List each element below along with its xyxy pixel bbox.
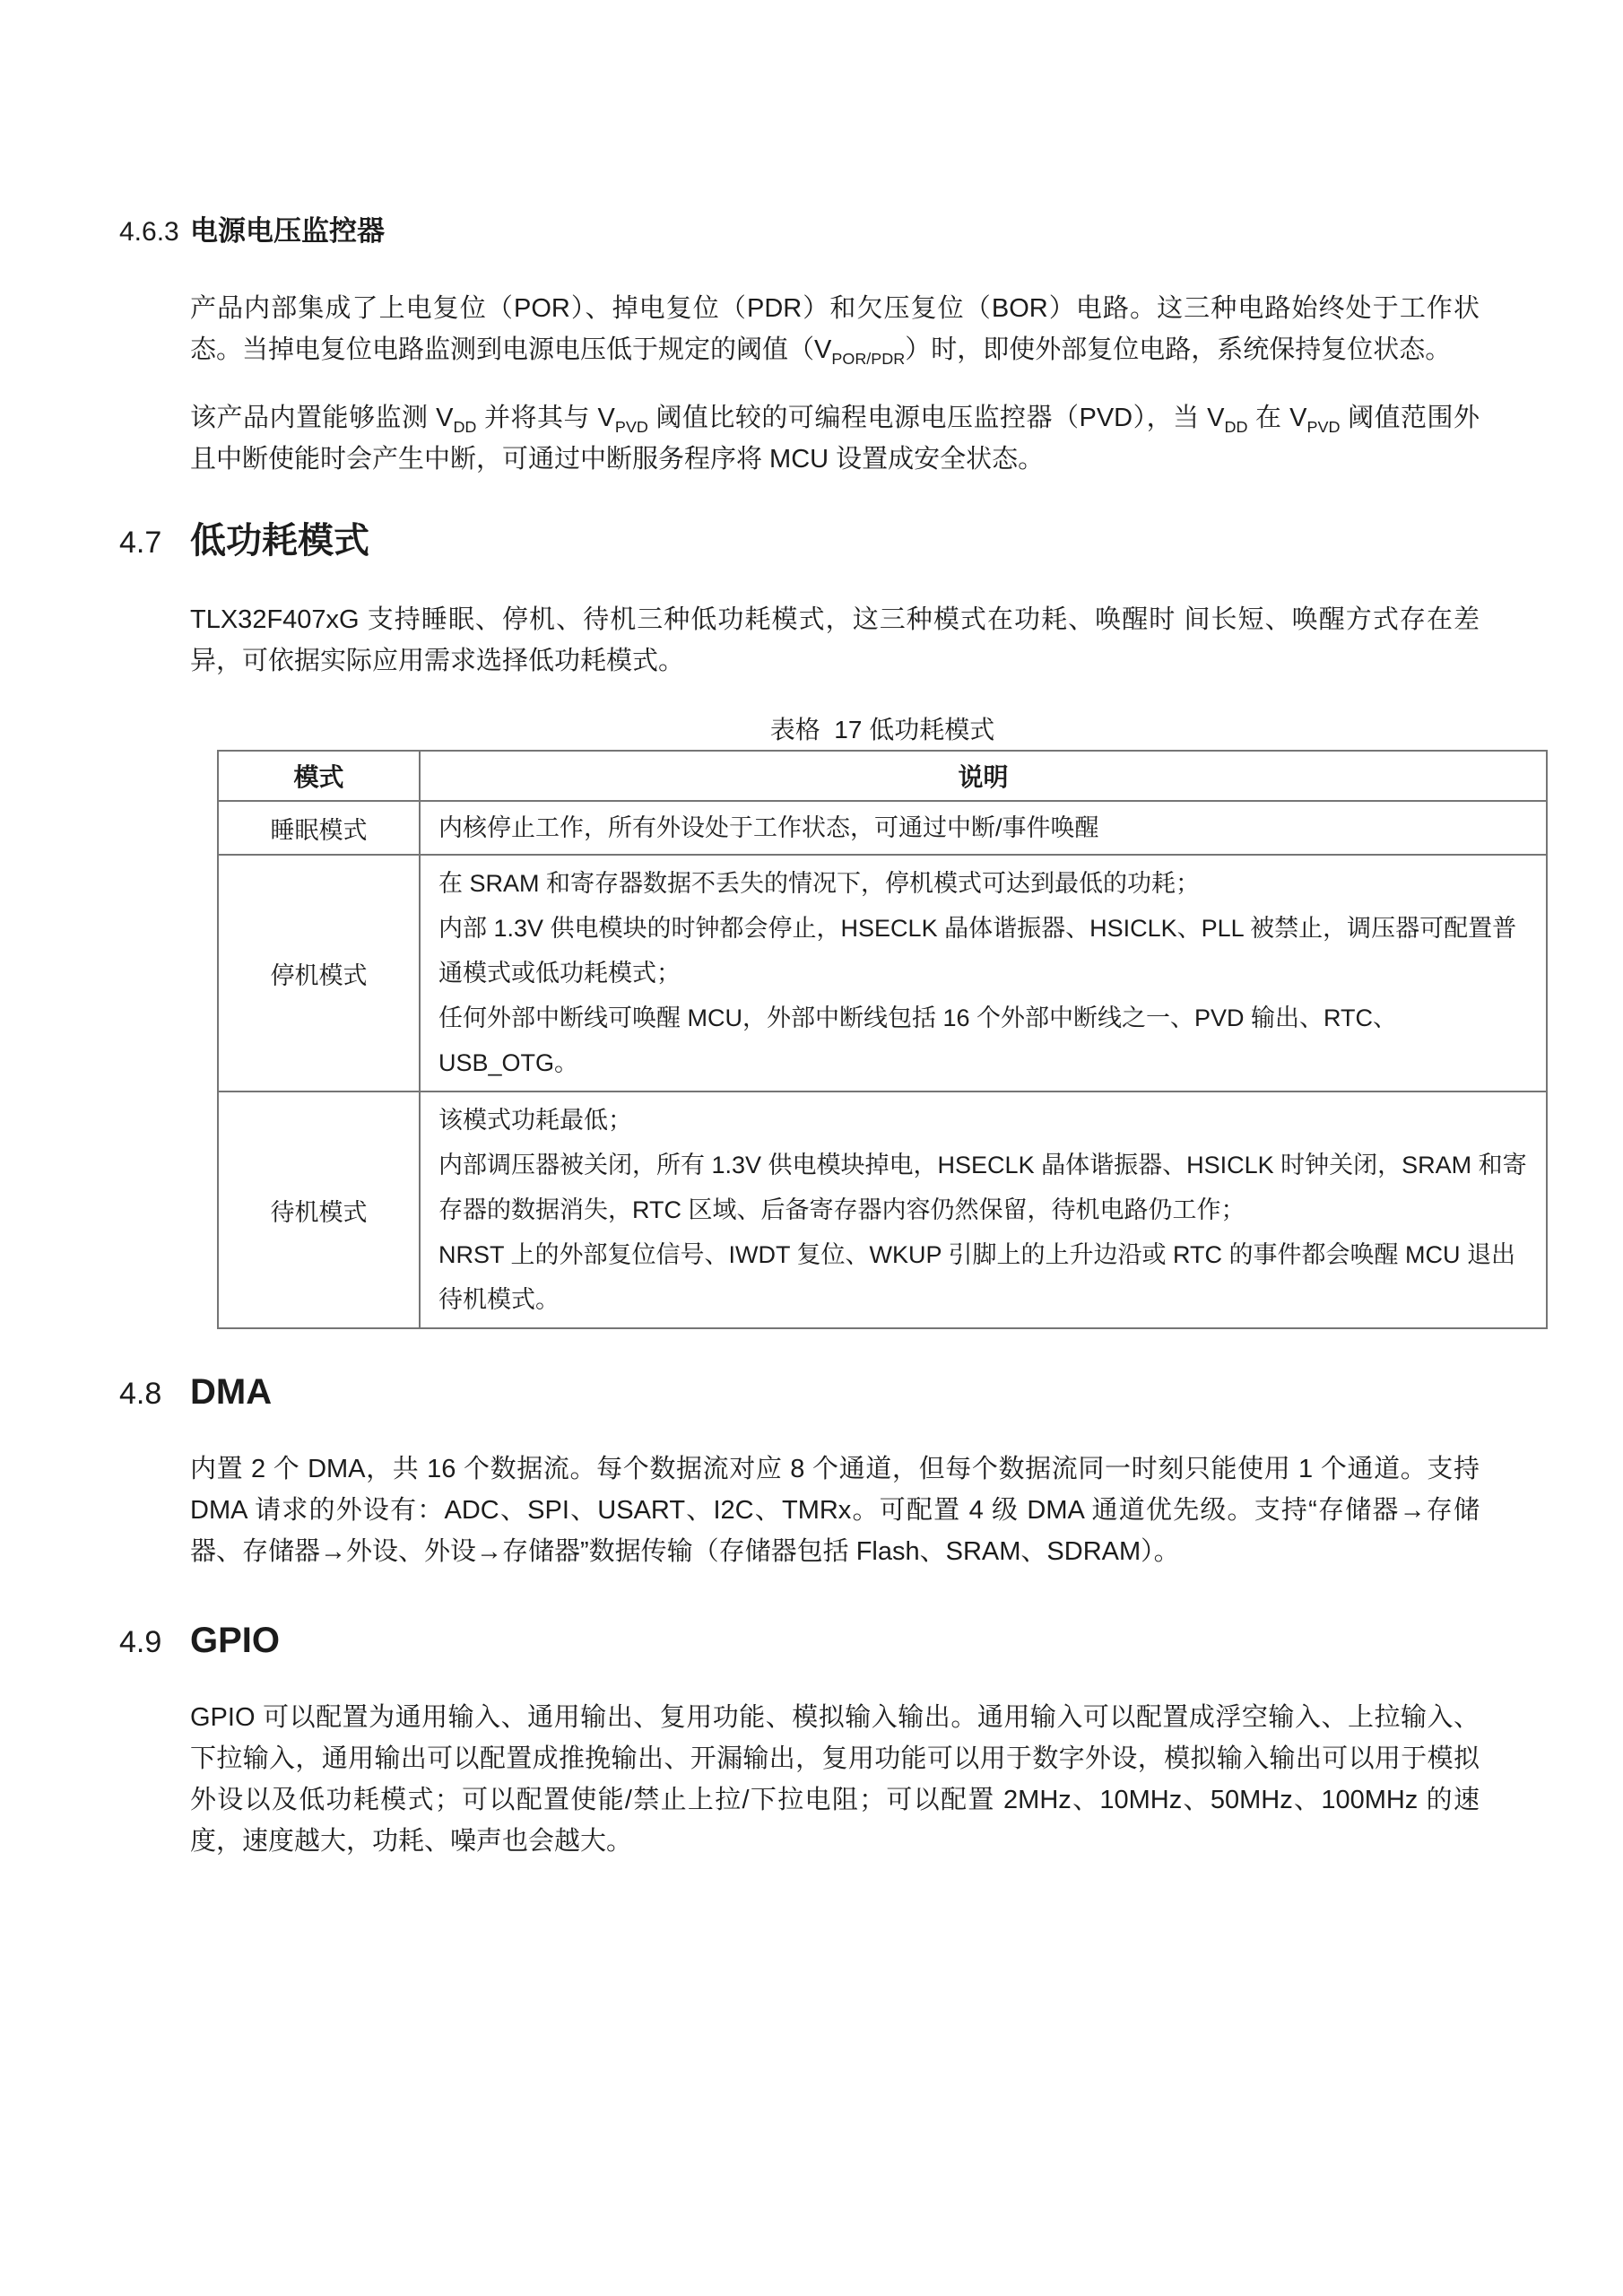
section-heading-463: 4.6.3 电源电压监控器 (119, 208, 1480, 248)
description-line: 内部 1.3V 供电模块的时钟都会停止，HSECLK 晶体谐振器、HSICLK、… (438, 906, 1528, 996)
description-cell: 内核停止工作，所有外设处于工作状态，可通过中断/事件唤醒 (420, 801, 1547, 855)
mode-cell: 停机模式 (218, 855, 420, 1091)
paragraph: 该产品内置能够监测 VDD 并将其与 VPVD 阈值比较的可编程电源电压监控器（… (190, 397, 1480, 480)
section-body-47: TLX32F407xG 支持睡眠、停机、待机三种低功耗模式，这三种模式在功耗、唤… (190, 599, 1480, 1329)
description-line: 内核停止工作，所有外设处于工作状态，可通过中断/事件唤醒 (438, 805, 1528, 850)
subscript: POR/PDR (831, 350, 905, 368)
mode-cell: 睡眠模式 (218, 801, 420, 855)
document-page: 4.6.3 电源电压监控器 产品内部集成了上电复位（POR）、掉电复位（PDR）… (0, 0, 1623, 2296)
section-title: 低功耗模式 (190, 512, 369, 563)
table-header-row: 模式 说明 (218, 751, 1547, 801)
section-heading-47: 4.7 低功耗模式 (119, 512, 1480, 563)
section-heading-48: 4.8 DMA (119, 1372, 1480, 1413)
table-row: 停机模式在 SRAM 和寄存器数据不丢失的情况下，停机模式可达到最低的功耗；内部… (218, 855, 1547, 1091)
section-number: 4.8 (119, 1377, 190, 1412)
paragraph: 产品内部集成了上电复位（POR）、掉电复位（PDR）和欠压复位（BOR）电路。这… (190, 288, 1480, 370)
column-header-mode: 模式 (218, 751, 420, 801)
low-power-modes-table: 模式 说明 睡眠模式内核停止工作，所有外设处于工作状态，可通过中断/事件唤醒停机… (217, 750, 1548, 1329)
section-body-463: 产品内部集成了上电复位（POR）、掉电复位（PDR）和欠压复位（BOR）电路。这… (190, 288, 1480, 480)
section-title: DMA (190, 1372, 272, 1413)
description-line: NRST 上的外部复位信号、IWDT 复位、WKUP 引脚上的上升边沿或 RTC… (438, 1232, 1528, 1322)
table-caption: 表格 17 低功耗模式 (217, 710, 1548, 746)
table-row: 待机模式该模式功耗最低；内部调压器被关闭，所有 1.3V 供电模块掉电，HSEC… (218, 1091, 1547, 1328)
subscript: PVD (615, 418, 648, 436)
section-body-49: GPIO 可以配置为通用输入、通用输出、复用功能、模拟输入输出。通用输入可以配置… (190, 1697, 1480, 1862)
description-line: 内部调压器被关闭，所有 1.3V 供电模块掉电，HSECLK 晶体谐振器、HSI… (438, 1143, 1528, 1232)
description-line: 在 SRAM 和寄存器数据不丢失的情况下，停机模式可达到最低的功耗； (438, 861, 1528, 906)
paragraph: 内置 2 个 DMA，共 16 个数据流。每个数据流对应 8 个通道，但每个数据… (190, 1448, 1480, 1572)
section-heading-49: 4.9 GPIO (119, 1621, 1480, 1661)
subscript: DD (1225, 418, 1248, 436)
mode-cell: 待机模式 (218, 1091, 420, 1328)
subscript: PVD (1306, 418, 1340, 436)
section-title: GPIO (190, 1621, 280, 1661)
section-title: 电源电压监控器 (190, 208, 385, 248)
paragraph: TLX32F407xG 支持睡眠、停机、待机三种低功耗模式，这三种模式在功耗、唤… (190, 599, 1480, 682)
section-number: 4.6.3 (119, 217, 190, 248)
section-number: 4.7 (119, 526, 190, 561)
description-cell: 在 SRAM 和寄存器数据不丢失的情况下，停机模式可达到最低的功耗；内部 1.3… (420, 855, 1547, 1091)
description-line: 该模式功耗最低； (438, 1098, 1528, 1143)
table-row: 睡眠模式内核停止工作，所有外设处于工作状态，可通过中断/事件唤醒 (218, 801, 1547, 855)
description-cell: 该模式功耗最低；内部调压器被关闭，所有 1.3V 供电模块掉电，HSECLK 晶… (420, 1091, 1547, 1328)
description-line: 任何外部中断线可唤醒 MCU，外部中断线包括 16 个外部中断线之一、PVD 输… (438, 996, 1528, 1085)
paragraph: GPIO 可以配置为通用输入、通用输出、复用功能、模拟输入输出。通用输入可以配置… (190, 1697, 1480, 1862)
section-body-48: 内置 2 个 DMA，共 16 个数据流。每个数据流对应 8 个通道，但每个数据… (190, 1448, 1480, 1572)
section-number: 4.9 (119, 1625, 190, 1660)
column-header-description: 说明 (420, 751, 1547, 801)
subscript: DD (453, 418, 476, 436)
